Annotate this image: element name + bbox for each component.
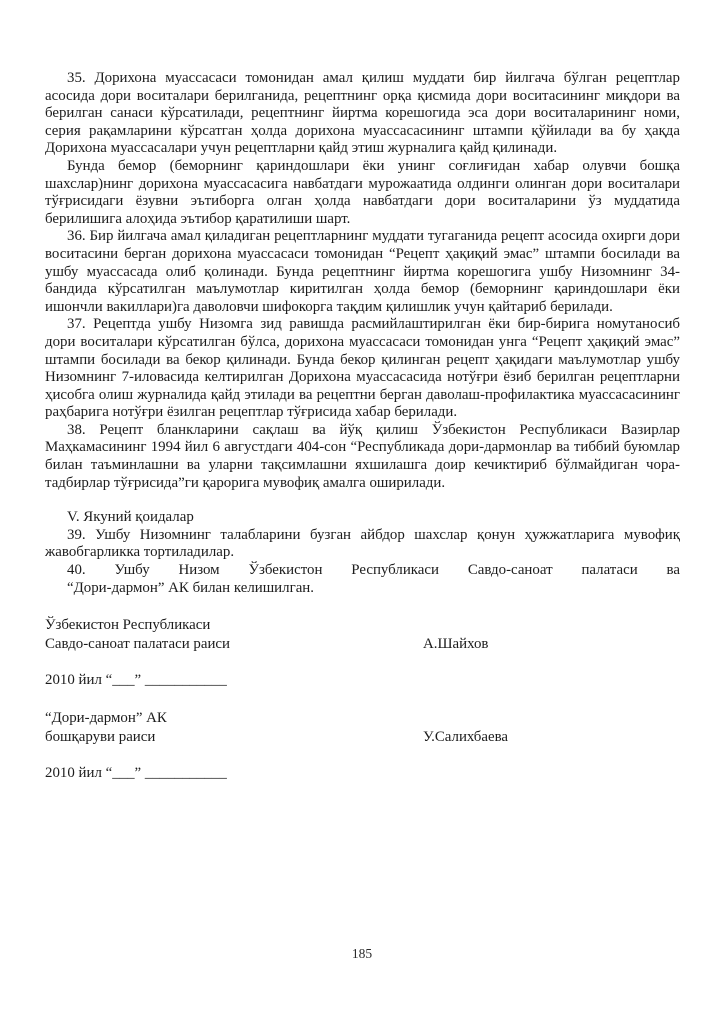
signature-title: бошқаруви раиси bbox=[45, 729, 155, 745]
paragraph-38: 38. Рецепт бланкларини сақлаш ва йўқ қил… bbox=[45, 422, 680, 492]
signature-block-chamber: Ўзбекистон Республикаси Савдо-саноат пал… bbox=[45, 616, 680, 690]
signature-org-line: Ўзбекистон Республикаси bbox=[45, 616, 680, 635]
paragraph-35: 35. Дорихона муассасаси томонидан амал қ… bbox=[45, 70, 680, 158]
signature-block-dori-darmon: “Дори-дармон” АК бошқаруви раиси У.Салих… bbox=[45, 709, 680, 783]
signature-title-row: бошқаруви раиси У.Салихбаева bbox=[45, 728, 680, 747]
signatures-section: Ўзбекистон Республикаси Савдо-саноат пал… bbox=[45, 616, 680, 783]
document-page: 35. Дорихона муассасаси томонидан амал қ… bbox=[0, 0, 724, 1024]
paragraph-36: 36. Бир йилгача амал қиладиган рецептлар… bbox=[45, 228, 680, 316]
signature-title-row: Савдо-саноат палатаси раиси А.Шайхов bbox=[45, 635, 680, 654]
signature-org-line: “Дори-дармон” АК bbox=[45, 709, 680, 728]
signatory-name: У.Салихбаева bbox=[423, 728, 508, 747]
signature-date-line: 2010 йил “___” ___________ bbox=[45, 671, 680, 690]
paragraph-39: 39. Ушбу Низомнинг талабларини бузган ай… bbox=[45, 527, 680, 562]
signature-date-line: 2010 йил “___” ___________ bbox=[45, 764, 680, 783]
signatory-name: А.Шайхов bbox=[423, 635, 488, 654]
paragraph-35-continuation: Бунда бемор (беморнинг қариндошлари ёки … bbox=[45, 158, 680, 228]
paragraph-40: 40. Ушбу Низом Ўзбекистон Республикаси С… bbox=[45, 562, 680, 597]
section-heading-final-rules: V. Якуний қоидалар bbox=[45, 509, 680, 527]
signature-title: Савдо-саноат палатаси раиси bbox=[45, 636, 230, 652]
paragraph-37: 37. Рецептда ушбу Низомга зид равишда ра… bbox=[45, 316, 680, 422]
paragraph-40-line-1: 40. Ушбу Низом Ўзбекистон Республикаси С… bbox=[45, 562, 680, 580]
document-body: 35. Дорихона муассасаси томонидан амал қ… bbox=[45, 70, 680, 783]
page-number: 185 bbox=[0, 946, 724, 962]
paragraph-40-line-2: “Дори-дармон” АК билан келишилган. bbox=[45, 580, 680, 598]
